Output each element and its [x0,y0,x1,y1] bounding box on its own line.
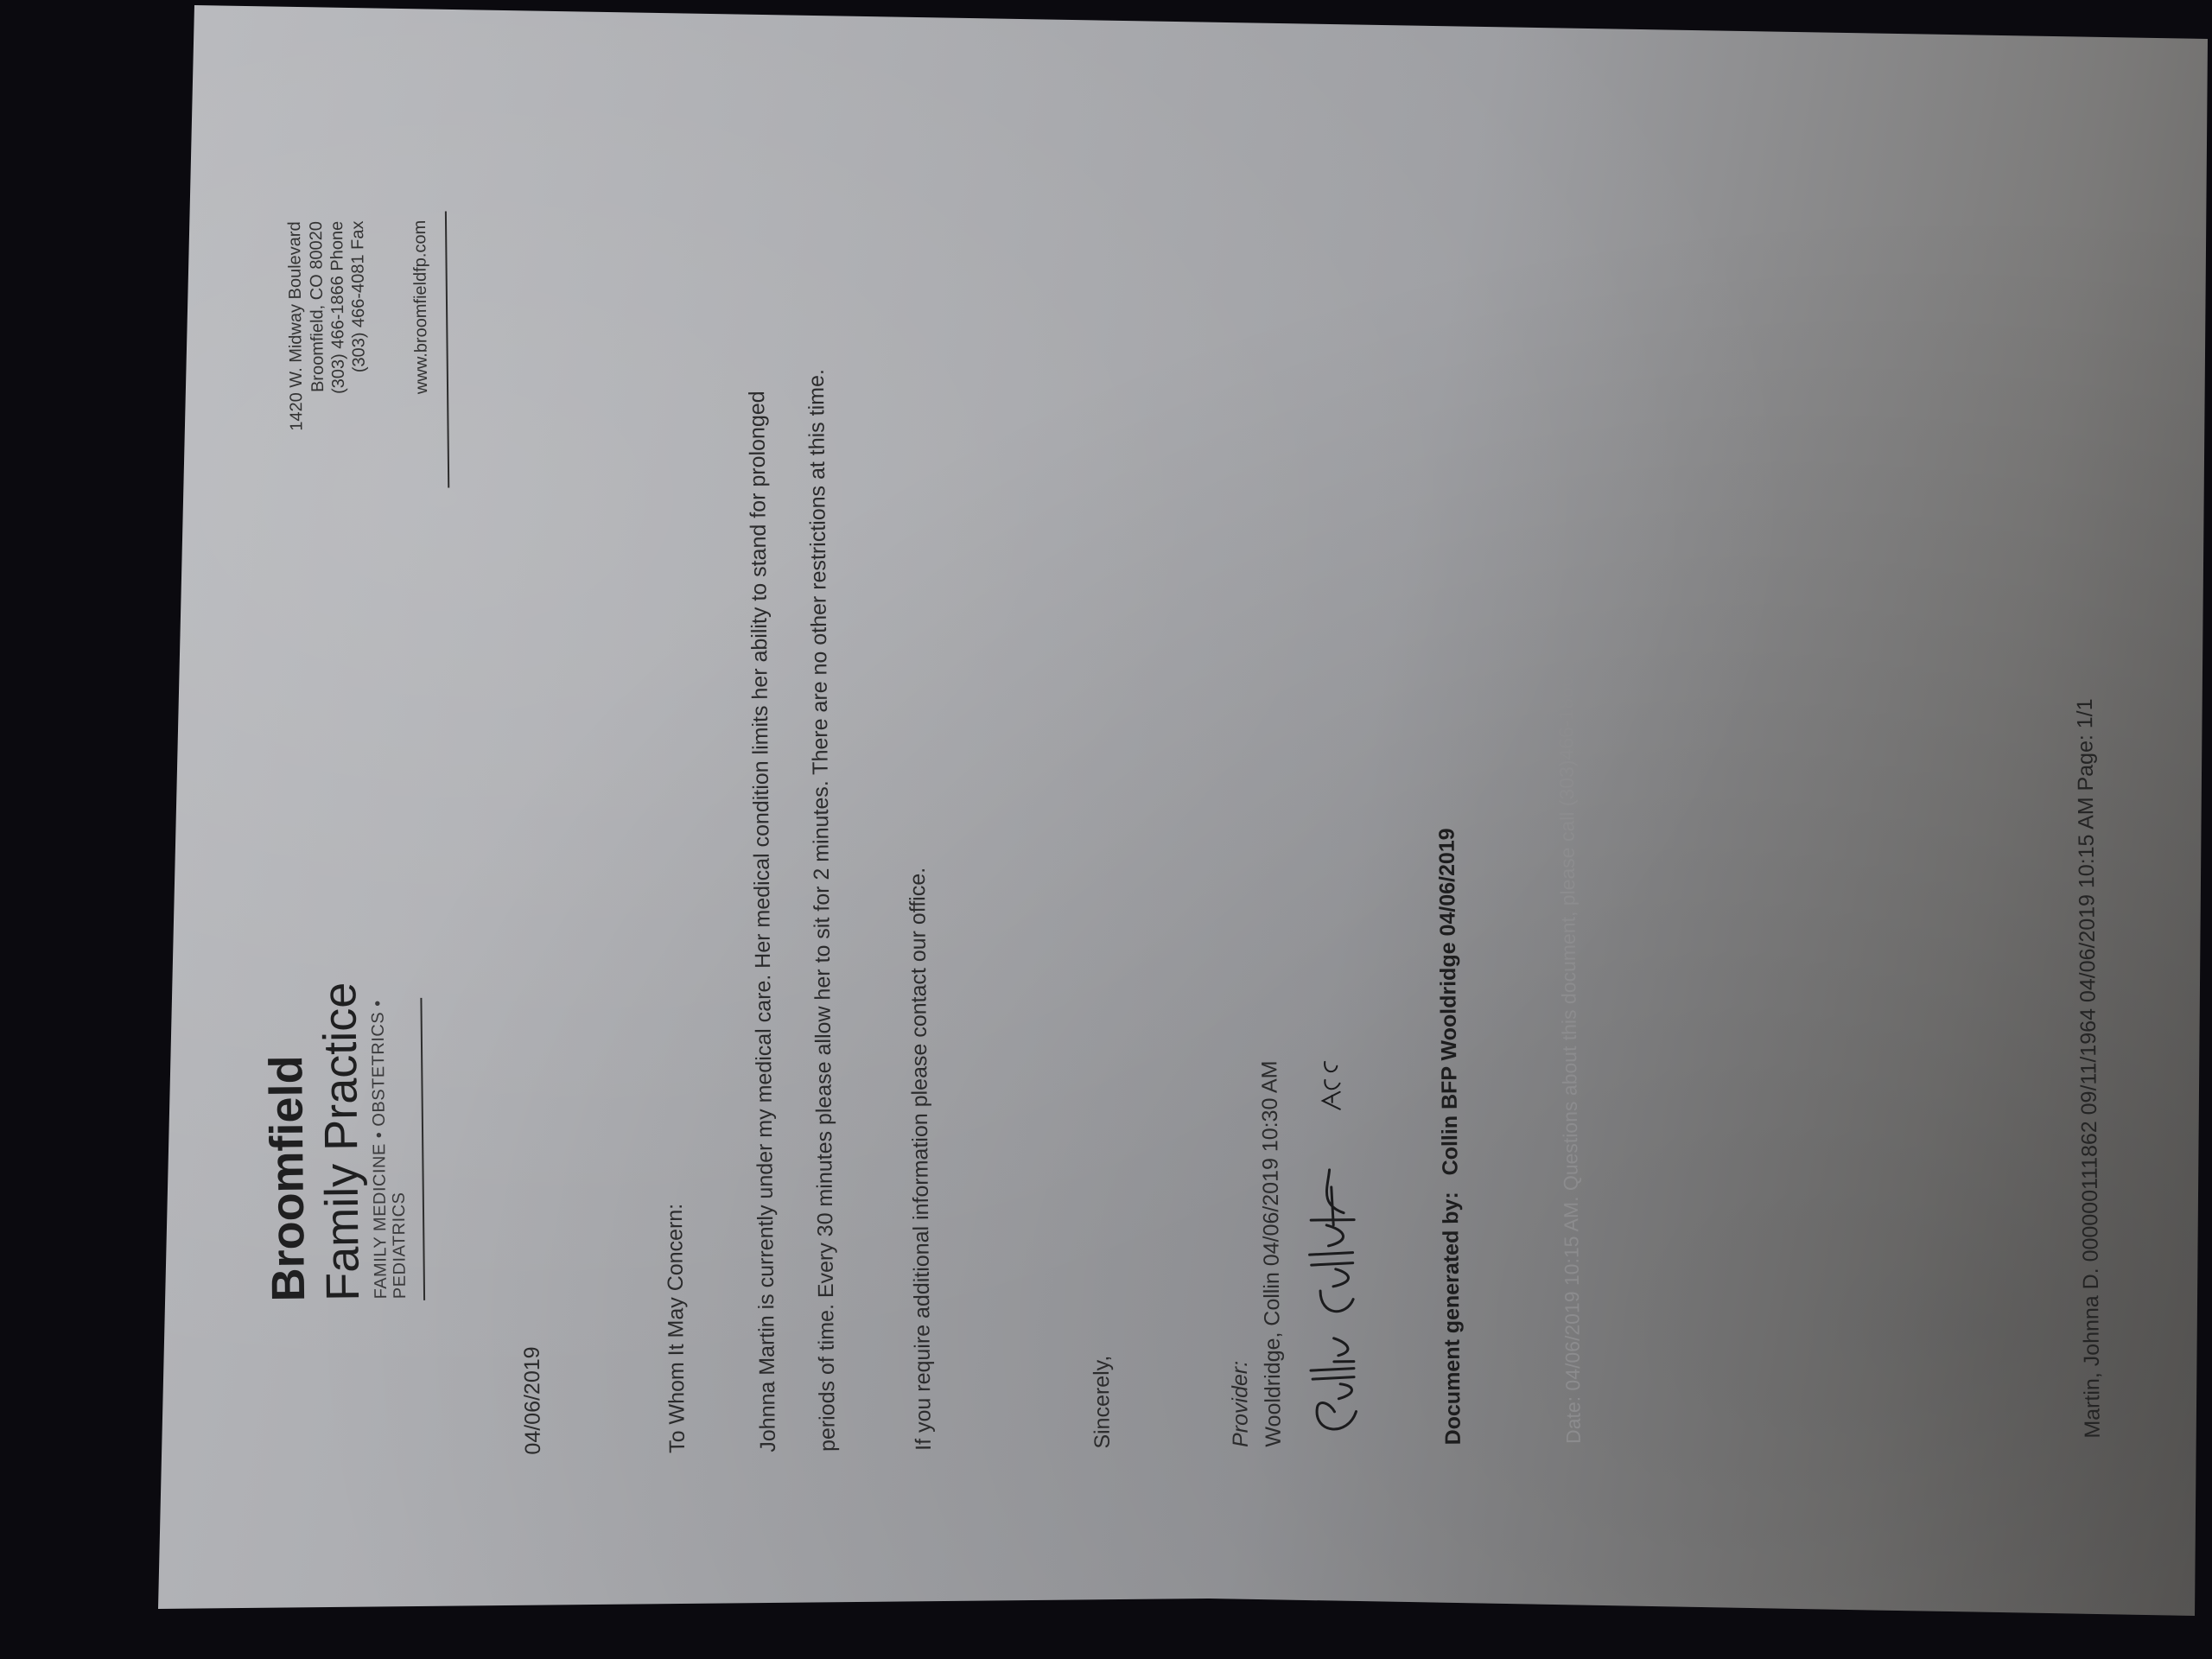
fax-number: (303) 466-4081 Fax [348,220,370,480]
practice-name-line1: Broomfield [259,1055,315,1302]
generated-by-label: Document generated by: [1439,1192,1465,1445]
specialties-line2: PEDIATRICS [390,1192,410,1299]
paragraph2: If you require additional information pl… [906,868,937,1451]
website-link: www.broomfieldfp.com [410,220,432,480]
address-line2: Broomfield, CO 80020 [307,221,328,480]
document-date-note: Date: 04/06/2019 10:15 AM. Questions abo… [1554,676,1586,1444]
specialties-line1: FAMILY MEDICINE • OBSTETRICS • [368,1000,391,1299]
letter-page: Broomfield Family Practice FAMILY MEDICI… [0,0,2212,1460]
address-line1: 1420 W. Midway Boulevard [285,221,307,480]
letterhead-rule-right [445,212,449,488]
paragraph1-line1: Johnna Martin is currently under my medi… [745,391,781,1452]
provider-signature [1289,789,1382,1446]
closing: Sincerely, [1090,1356,1116,1449]
provider-line: Wooldridge, Collin 04/06/2019 10:30 AM [1257,1060,1287,1446]
letter-date: 04/06/2019 [520,1346,546,1454]
generated-by-value: Collin BFP Wooldridge 04/06/2019 [1434,828,1462,1175]
letterhead-rule-left [420,998,425,1300]
provider-label: Provider: [1228,1361,1254,1447]
generated-by: Document generated by: Collin BFP Wooldr… [1434,828,1465,1445]
paragraph1-line2: periods of time. Every 30 minutes please… [804,369,841,1452]
practice-name-line2: Family Practice [313,982,370,1301]
page-footer: Martin, Johnna D. 000000111862 09/11/196… [2073,698,2106,1438]
salutation: To Whom It May Concern: [663,1204,690,1453]
phone-number: (303) 466-1866 Phone [327,221,349,480]
